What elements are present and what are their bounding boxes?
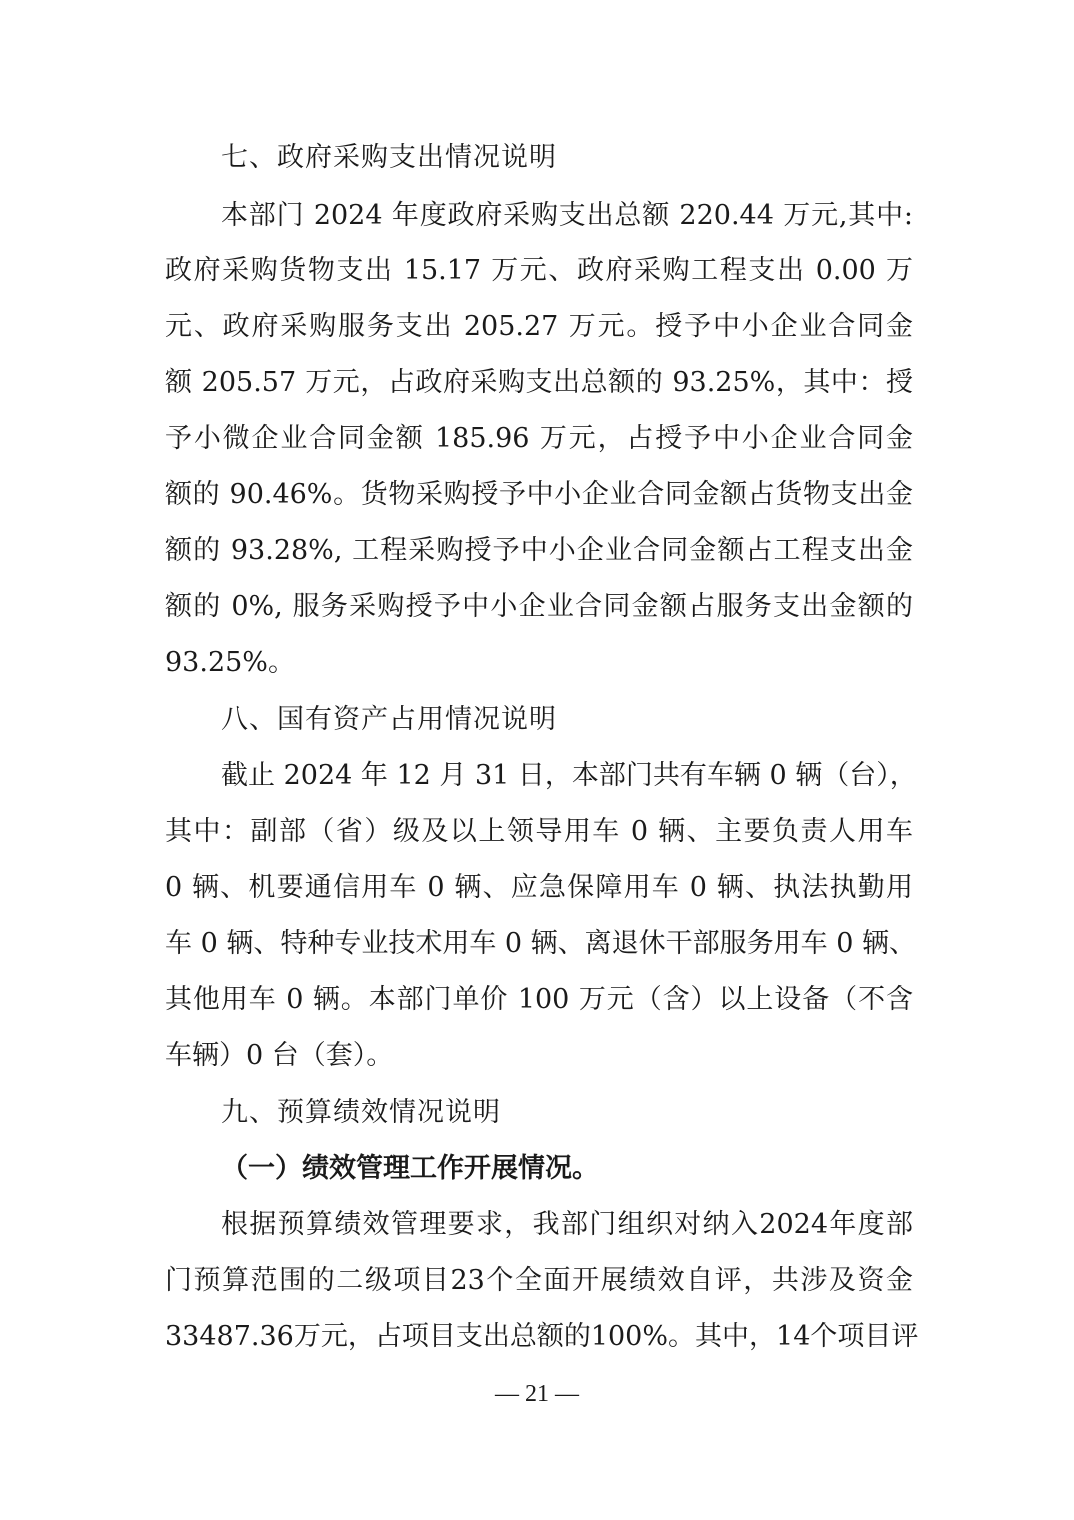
- section-heading-state-assets: 八、国有资产占用情况说明: [221, 700, 557, 740]
- paragraph-line: 额 205.57 万元，占政府采购支出总额的 93.25%，其中：授: [165, 363, 913, 403]
- paragraph-line: 其中：副部（省）级及以上领导用车 0 辆、主要负责人用车: [165, 812, 913, 852]
- paragraph-line: 政府采购货物支出 15.17 万元、政府采购工程支出 0.00 万: [165, 251, 913, 291]
- paragraph-line: 本部门 2024 年度政府采购支出总额 220.44 万元,其中:: [221, 196, 913, 236]
- paragraph-line: 车 0 辆、特种专业技术用车 0 辆、离退休干部服务用车 0 辆、: [165, 924, 913, 964]
- paragraph-line: 33487.36万元，占项目支出总额的100%。其中，14个项目评: [165, 1317, 913, 1357]
- document-page: 七、政府采购支出情况说明 本部门 2024 年度政府采购支出总额 220.44 …: [0, 0, 1074, 1520]
- paragraph-line: 额的 93.28%, 工程采购授予中小企业合同金额占工程支出金: [165, 531, 913, 571]
- paragraph-line: 根据预算绩效管理要求，我部门组织对纳入2024年度部: [221, 1205, 913, 1245]
- paragraph-line: 元、政府采购服务支出 205.27 万元。授予中小企业合同金: [165, 307, 913, 347]
- page-number: — 21 —: [0, 1378, 1074, 1410]
- paragraph-line: 车辆）0 台（套）。: [165, 1036, 913, 1076]
- paragraph-line: 截止 2024 年 12 月 31 日，本部门共有车辆 0 辆（台），: [221, 756, 913, 796]
- paragraph-line: 93.25%。: [165, 643, 913, 683]
- subsection-heading: （一）绩效管理工作开展情况。: [221, 1149, 599, 1189]
- paragraph-line: 其他用车 0 辆。本部门单价 100 万元（含）以上设备（不含: [165, 980, 913, 1020]
- section-heading-performance: 九、预算绩效情况说明: [221, 1093, 501, 1133]
- section-heading-procurement: 七、政府采购支出情况说明: [221, 138, 557, 178]
- paragraph-line: 门预算范围的二级项目23个全面开展绩效自评，共涉及资金: [165, 1261, 913, 1301]
- paragraph-line: 予小微企业合同金额 185.96 万元，占授予中小企业合同金: [165, 419, 913, 459]
- paragraph-line: 额的 0%, 服务采购授予中小企业合同金额占服务支出金额的: [165, 587, 913, 627]
- paragraph-line: 额的 90.46%。货物采购授予中小企业合同金额占货物支出金: [165, 475, 913, 515]
- paragraph-line: 0 辆、机要通信用车 0 辆、应急保障用车 0 辆、执法执勤用: [165, 868, 913, 908]
